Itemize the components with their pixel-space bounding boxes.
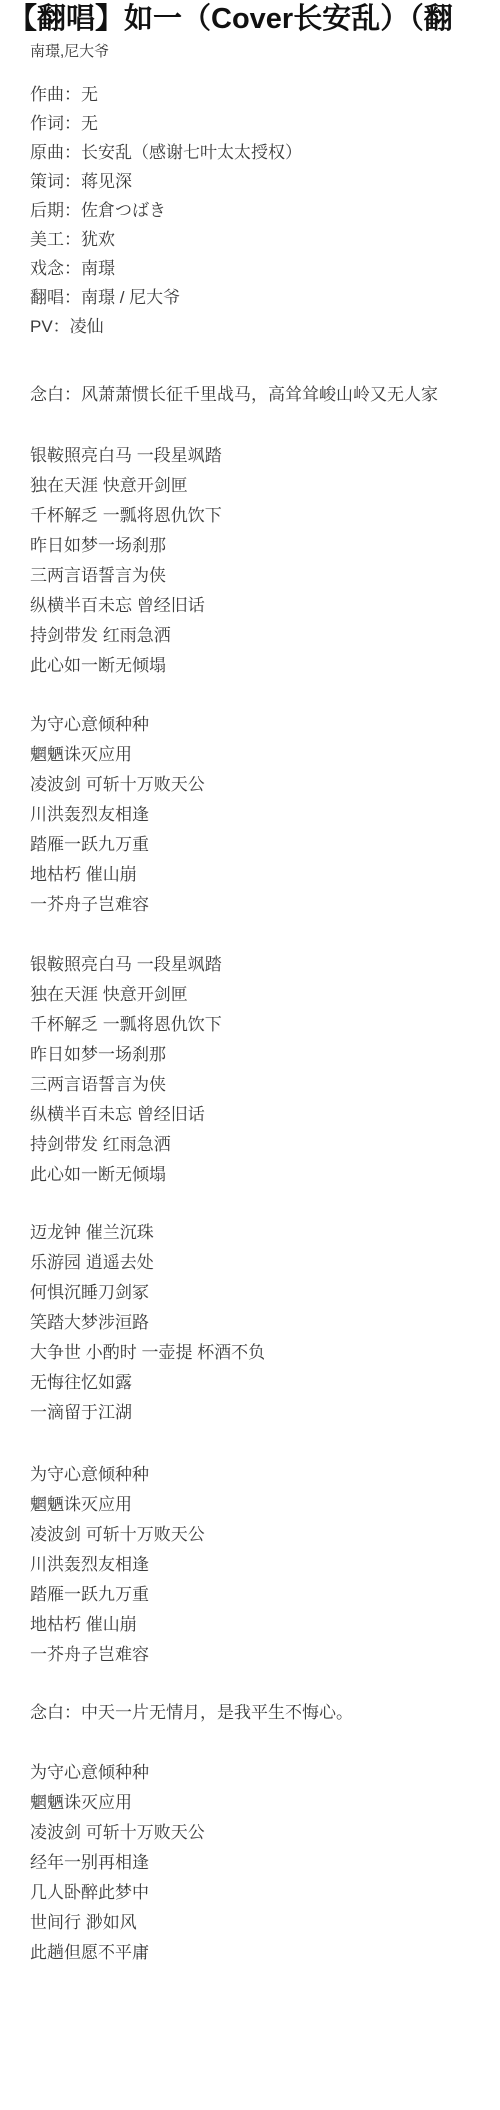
lyric-line: 无悔往忆如露 [30,1368,500,1398]
lyric-line: 此心如一断无倾塌 [30,1160,500,1190]
lyric-line: 魍魉诛灭应用 [30,1490,500,1520]
lyric-line: 千杯解乏 一瓢将恩仇饮下 [30,501,500,531]
lyric-line: 作词：无 [30,109,500,138]
lyrics-stanza-5: 为守心意倾种种魍魉诛灭应用凌波剑 可斩十万败天公川洪轰烈友相逢踏雁一跃九万重地枯… [30,1460,500,1670]
lyric-line: 凌波剑 可斩十万败天公 [30,1520,500,1550]
lyric-line: 翻唱：南璟 / 尼大爷 [30,283,500,312]
lyric-line: 为守心意倾种种 [30,1460,500,1490]
lyric-line: 经年一别再相逢 [30,1848,500,1878]
lyric-line: 独在天涯 快意开剑匣 [30,980,500,1010]
lyric-line: 作曲：无 [30,80,500,109]
lyric-line: 大争世 小酌时 一壶提 杯酒不负 [30,1338,500,1368]
lyrics-stanza-6: 为守心意倾种种魍魉诛灭应用凌波剑 可斩十万败天公经年一别再相逢几人卧醉此梦中世间… [30,1758,500,1968]
lyrics-stanza-1: 银鞍照亮白马 一段星飒踏独在天涯 快意开剑匣千杯解乏 一瓢将恩仇饮下昨日如梦一场… [30,441,500,681]
lyric-line: 美工：犹欢 [30,225,500,254]
lyric-line: 地枯朽 催山崩 [30,860,500,890]
credits-list: 作曲：无作词：无原曲：长安乱（感谢七叶太太授权）策词：蒋见深后期：佐倉つばき美工… [30,80,500,341]
page-title: 【翻唱】如一（Cover长安乱）（翻 [8,2,500,36]
lyric-line: 后期：佐倉つばき [30,196,500,225]
lyric-line: 纵横半百未忘 曾经旧话 [30,591,500,621]
lyrics-stanza-3: 银鞍照亮白马 一段星飒踏独在天涯 快意开剑匣千杯解乏 一瓢将恩仇饮下昨日如梦一场… [30,950,500,1190]
lyric-line: 为守心意倾种种 [30,1758,500,1788]
lyrics-stanza-4: 迈龙钟 催兰沉珠乐游园 逍遥去处何惧沉睡刀剑冢笑踏大梦涉洹路大争世 小酌时 一壶… [30,1218,500,1428]
lyric-line: PV：凌仙 [30,312,500,341]
lyric-line: 几人卧醉此梦中 [30,1878,500,1908]
lyric-line: 独在天涯 快意开剑匣 [30,471,500,501]
lyric-line: 迈龙钟 催兰沉珠 [30,1218,500,1248]
lyrics-stanza-2: 为守心意倾种种魍魉诛灭应用凌波剑 可斩十万败天公川洪轰烈友相逢踏雁一跃九万重地枯… [30,710,500,920]
lyric-line: 何惧沉睡刀剑冢 [30,1278,500,1308]
lyric-line: 千杯解乏 一瓢将恩仇饮下 [30,1010,500,1040]
lyric-line: 策词：蒋见深 [30,167,500,196]
lyric-line: 原曲：长安乱（感谢七叶太太授权） [30,138,500,167]
lyric-line: 戏念：南璟 [30,254,500,283]
lyric-line: 此心如一断无倾塌 [30,651,500,681]
lyric-line: 昨日如梦一场刹那 [30,1040,500,1070]
lyric-line: 三两言语誓言为侠 [30,561,500,591]
lyric-line: 笑踏大梦涉洹路 [30,1308,500,1338]
lyric-line: 地枯朽 催山崩 [30,1610,500,1640]
lyric-line: 此趟但愿不平庸 [30,1938,500,1968]
lyric-line: 川洪轰烈友相逢 [30,1550,500,1580]
lyric-line: 银鞍照亮白马 一段星飒踏 [30,950,500,980]
lyric-line: 世间行 渺如风 [30,1908,500,1938]
spoken-middle-line: 念白：中天一片无情月，是我平生不悔心。 [30,1698,500,1728]
lyric-line: 为守心意倾种种 [30,710,500,740]
lyric-line: 魍魉诛灭应用 [30,1788,500,1818]
lyric-line: 纵横半百未忘 曾经旧话 [30,1100,500,1130]
lyric-line: 持剑带发 红雨急洒 [30,1130,500,1160]
lyric-line: 三两言语誓言为侠 [30,1070,500,1100]
song-lyrics-page: 【翻唱】如一（Cover长安乱）（翻 南璟,尼大爷 作曲：无作词：无原曲：长安乱… [0,0,500,2110]
lyric-line: 凌波剑 可斩十万败天公 [30,1818,500,1848]
lyric-line: 昨日如梦一场刹那 [30,531,500,561]
artist-line: 南璟,尼大爷 [30,42,109,62]
lyric-line: 一芥舟子岂难容 [30,890,500,920]
lyric-line: 一芥舟子岂难容 [30,1640,500,1670]
lyric-line: 踏雁一跃九万重 [30,830,500,860]
lyric-line: 一滴留于江湖 [30,1398,500,1428]
lyric-line: 魍魉诛灭应用 [30,740,500,770]
lyric-line: 持剑带发 红雨急洒 [30,621,500,651]
lyric-line: 凌波剑 可斩十万败天公 [30,770,500,800]
spoken-intro-line: 念白：风萧萧惯长征千里战马，高耸耸峻山岭又无人家 [30,380,500,410]
lyric-line: 川洪轰烈友相逢 [30,800,500,830]
lyric-line: 银鞍照亮白马 一段星飒踏 [30,441,500,471]
lyric-line: 踏雁一跃九万重 [30,1580,500,1610]
lyric-line: 乐游园 逍遥去处 [30,1248,500,1278]
